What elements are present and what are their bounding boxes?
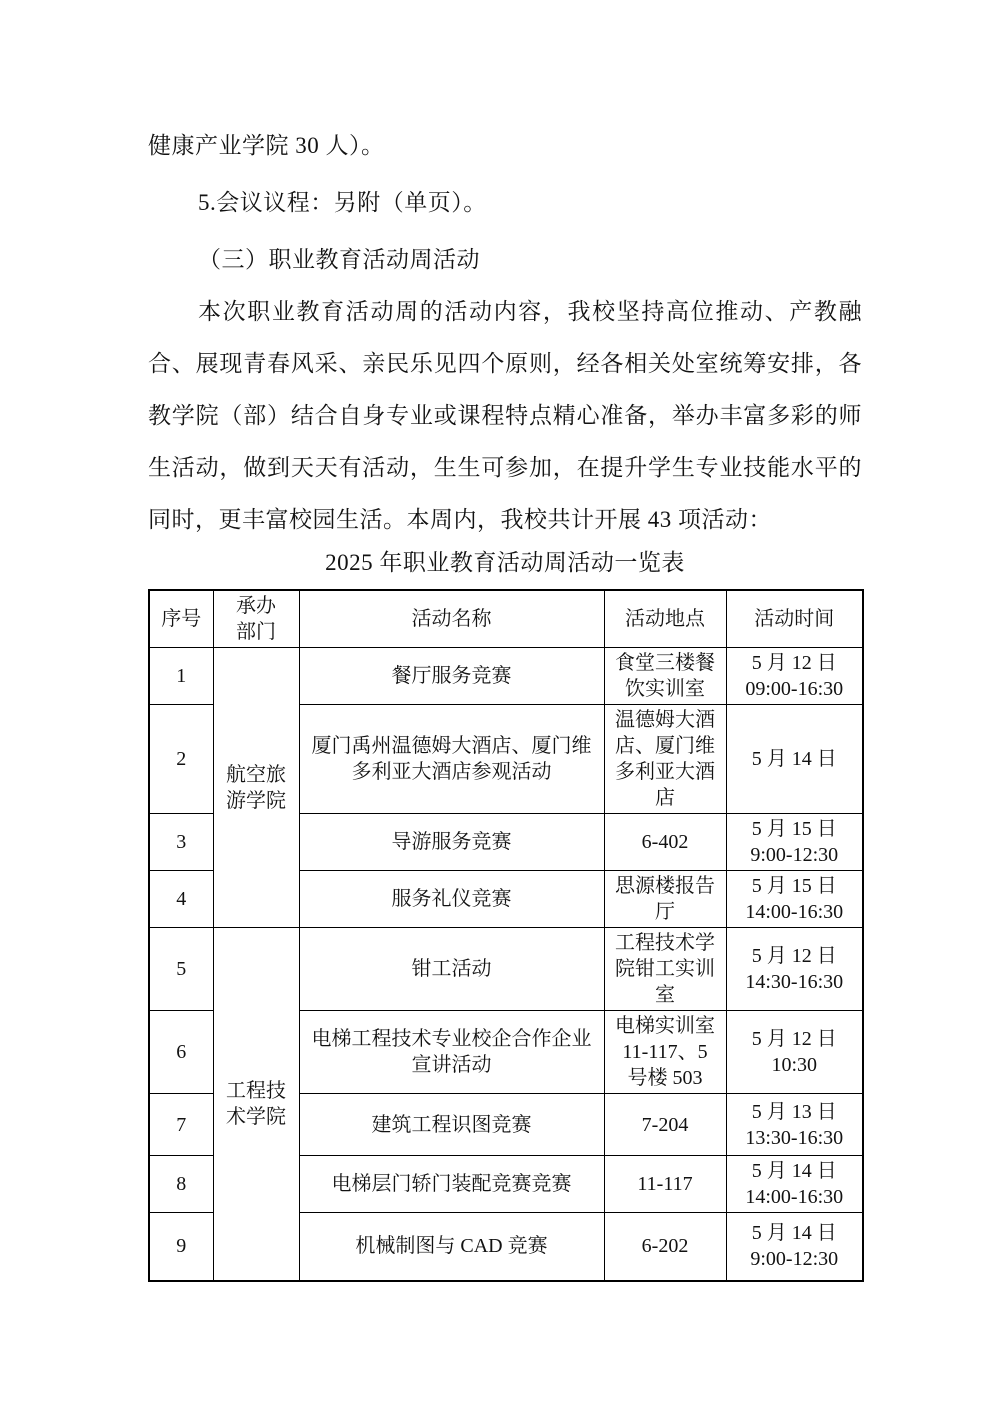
cell-location: 7-204: [604, 1094, 726, 1156]
cell-activity-name: 电梯层门轿门装配竞赛竞赛: [299, 1156, 604, 1213]
cell-time: 5 月 13 日 13:30-16:30: [726, 1094, 863, 1156]
cell-time: 5 月 12 日 10:30: [726, 1011, 863, 1094]
cell-seq: 6: [149, 1011, 213, 1094]
cell-time: 5 月 14 日 14:00-16:30: [726, 1156, 863, 1213]
page-content: 健康产业学院 30 人）。 5.会议议程：另附（单页）。 （三）职业教育活动周活…: [0, 0, 992, 1403]
cell-activity-name: 钳工活动: [299, 928, 604, 1011]
activity-table: 序号 承办 部门 活动名称 活动地点 活动时间 1 航空旅游学院 餐厅服务竞赛 …: [148, 589, 864, 1282]
cell-activity-name: 厦门禹州温德姆大酒店、厦门维多利亚大酒店参观活动: [299, 705, 604, 814]
cell-location: 电梯实训室 11-117、5 号楼 503: [604, 1011, 726, 1094]
cell-activity-name: 建筑工程识图竞赛: [299, 1094, 604, 1156]
cell-department-engineering-tech: 工程技术学院: [213, 928, 299, 1281]
header-activity-name: 活动名称: [299, 590, 604, 648]
header-location: 活动地点: [604, 590, 726, 648]
table-row: 1 航空旅游学院 餐厅服务竞赛 食堂三楼餐饮实训室 5 月 12 日 09:00…: [149, 648, 863, 705]
document-page: { "colors": { "text": "#121212", "table_…: [0, 0, 992, 1403]
cell-location: 食堂三楼餐饮实训室: [604, 648, 726, 705]
cell-location: 11-117: [604, 1156, 726, 1213]
table-body: 1 航空旅游学院 餐厅服务竞赛 食堂三楼餐饮实训室 5 月 12 日 09:00…: [149, 648, 863, 1281]
cell-time: 5 月 15 日 14:00-16:30: [726, 871, 863, 928]
cell-activity-name: 机械制图与 CAD 竞赛: [299, 1213, 604, 1281]
cell-seq: 1: [149, 648, 213, 705]
cell-department-aviation-tourism: 航空旅游学院: [213, 648, 299, 928]
cell-time: 5 月 12 日 14:30-16:30: [726, 928, 863, 1011]
cell-seq: 7: [149, 1094, 213, 1156]
cell-seq: 3: [149, 814, 213, 871]
cell-seq: 8: [149, 1156, 213, 1213]
table-header-row: 序号 承办 部门 活动名称 活动地点 活动时间: [149, 590, 863, 648]
table-title: 2025 年职业教育活动周活动一览表: [148, 548, 862, 578]
cell-seq: 4: [149, 871, 213, 928]
cell-time: 5 月 14 日 9:00-12:30: [726, 1213, 863, 1281]
table-header: 序号 承办 部门 活动名称 活动地点 活动时间: [149, 590, 863, 648]
section-heading: （三）职业教育活动周活动: [148, 234, 862, 286]
cell-location: 思源楼报告厅: [604, 871, 726, 928]
cell-seq: 2: [149, 705, 213, 814]
cell-seq: 5: [149, 928, 213, 1011]
table-row: 5 工程技术学院 钳工活动 工程技术学院钳工实训室 5 月 12 日 14:30…: [149, 928, 863, 1011]
cell-location: 温德姆大酒店、厦门维多利亚大酒店: [604, 705, 726, 814]
header-seq: 序号: [149, 590, 213, 648]
paragraph-closing-parenthetical: 健康产业学院 30 人）。: [148, 120, 862, 172]
cell-activity-name: 电梯工程技术专业校企合作企业宣讲活动: [299, 1011, 604, 1094]
header-department: 承办 部门: [213, 590, 299, 648]
header-time: 活动时间: [726, 590, 863, 648]
cell-time: 5 月 15 日 9:00-12:30: [726, 814, 863, 871]
cell-time: 5 月 14 日: [726, 705, 863, 814]
cell-time: 5 月 12 日 09:00-16:30: [726, 648, 863, 705]
cell-activity-name: 导游服务竞赛: [299, 814, 604, 871]
paragraph-agenda: 5.会议议程：另附（单页）。: [148, 177, 862, 229]
cell-location: 工程技术学院钳工实训室: [604, 928, 726, 1011]
cell-activity-name: 服务礼仪竞赛: [299, 871, 604, 928]
cell-location: 6-402: [604, 814, 726, 871]
cell-seq: 9: [149, 1213, 213, 1281]
cell-activity-name: 餐厅服务竞赛: [299, 648, 604, 705]
paragraph-intro: 本次职业教育活动周的活动内容，我校坚持高位推动、产教融合、展现青春风采、亲民乐见…: [148, 286, 862, 546]
cell-location: 6-202: [604, 1213, 726, 1281]
